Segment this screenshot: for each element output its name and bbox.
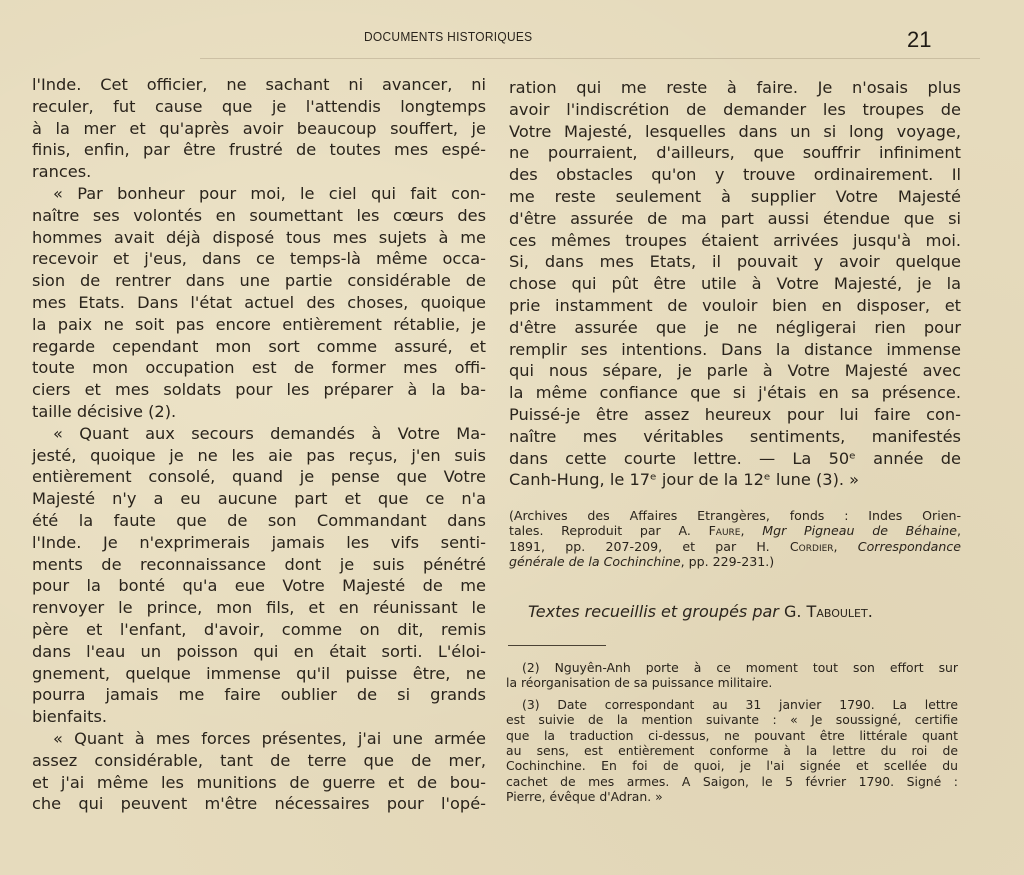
source-text: 1891, pp. 207-209, et par H. [509,539,790,554]
text-line: jesté, quoique je ne les aie pas reçus, … [32,445,486,467]
source-citation: (Archives des Affaires Etrangères, fonds… [509,508,961,570]
right-column: ration qui me reste à faire. Je n'osais … [509,77,961,491]
text-line: taille décisive (2). [32,401,486,423]
footnote-line: Cochinchine. En foi de quoi, je l'ai sig… [506,758,958,773]
footnotes: (2) Nguyên-Anh porte à ce moment tout so… [506,660,958,811]
text-line: d'être assurée que je ne négligerai rien… [509,317,961,339]
footnote: (2) Nguyên-Anh porte à ce moment tout so… [506,660,958,691]
text-line: été la faute que de son Commandant dans [32,510,486,532]
footnote-separator [508,645,606,646]
source-line: tales. Reproduit par A. Faure, Mgr Pigne… [509,523,961,538]
text-line: et j'ai même les munitions de guerre et … [32,772,486,794]
text-line: pourra jamais me faire oublier de si gra… [32,684,486,706]
text-line: naître mes véritables sentiments, manife… [509,426,961,448]
footnote-number: (2) [522,660,555,675]
text-line: me reste seulement à supplier Votre Maje… [509,186,961,208]
text-line: ments de reconnaissance dont je suis pén… [32,554,486,576]
text-line: des obstacles qu'on y trouve ordinaireme… [509,164,961,186]
text-line: toute mon occupation est de former mes o… [32,357,486,379]
footnote-line: que la traduction ci-dessus, ne pouvant … [506,728,958,743]
text-line: finis, enfin, par être frustré de toutes… [32,139,486,161]
source-line: (Archives des Affaires Etrangères, fonds… [509,508,961,523]
text-line: chose qui pût être utile à Votre Majesté… [509,273,961,295]
text-line: dans l'eau un poisson qui en était sorti… [32,641,486,663]
author-name: Cordier [790,539,834,554]
text-line: pour la bonté qu'a eue Votre Majesté de … [32,575,486,597]
editor-credit: Textes recueillis et groupés par G. Tabo… [528,602,968,621]
text-line: l'Inde. Je n'exprimerais jamais les vifs… [32,532,486,554]
footnote-line: (3) Date correspondant au 31 janvier 179… [506,697,958,712]
footnote-line: au sens, est entièrement conforme à la l… [506,743,958,758]
source-line: générale de la Cochinchine, pp. 229-231.… [509,554,961,569]
credit-author: Taboulet [807,602,868,621]
text-line: regarde cependant mon sort comme assuré,… [32,336,486,358]
document-page: DOCUMENTS HISTORIQUES 21 l'Inde. Cet off… [0,0,1024,875]
text-line: père et l'enfant, d'avoir, comme on dit,… [32,619,486,641]
book-title: Mgr Pigneau de Béhaine [762,523,957,538]
credit-suffix: . [868,602,873,621]
credit-prefix: Textes recueillis et groupés par [528,602,779,621]
text-line: « Quant aux secours demandés à Votre Ma- [32,423,486,445]
text-line: « Quant à mes forces présentes, j'ai une… [32,728,486,750]
footnote-line: (2) Nguyên-Anh porte à ce moment tout so… [506,660,958,675]
book-title: générale de la Cochinchine [509,554,681,569]
text-line: recevoir et j'eus, dans ce temps-là même… [32,248,486,270]
text-line: qui nous sépare, je parle à Votre Majest… [509,360,961,382]
footnote-text: Date correspondant au 31 janvier 1790. L… [557,697,958,712]
text-line: d'être assurée de ma part aussi étendue … [509,208,961,230]
text-line: ration qui me reste à faire. Je n'osais … [509,77,961,99]
footnote-line: est suivie de la mention suivante : « Je… [506,712,958,727]
source-line: 1891, pp. 207-209, et par H. Cordier, Co… [509,539,961,554]
text-line: dans cette courte lettre. — La 50ᵉ année… [509,448,961,470]
source-text: tales. Reproduit par A. [509,523,709,538]
page-number: 21 [907,27,931,53]
text-line: bienfaits. [32,706,486,728]
text-line: à la mer et qu'après avoir beaucoup souf… [32,118,486,140]
source-text: , [957,523,961,538]
source-text: , pp. 229-231.) [681,554,775,569]
text-line: Majesté n'y a eu aucune part et que ce n… [32,488,486,510]
text-line: la paix ne soit pas encore entièrement r… [32,314,486,336]
text-line: renvoyer le prince, mon fils, et en réun… [32,597,486,619]
text-line: che qui peuvent m'être nécessaires pour … [32,793,486,815]
footnote-line: la réorganisation de sa puissance milita… [506,675,958,690]
book-title: Correspondance [858,539,961,554]
left-column: l'Inde. Cet officier, ne sachant ni avan… [32,74,486,815]
text-line: ces mêmes troupes étaient arrivées jusqu… [509,230,961,252]
text-line: l'Inde. Cet officier, ne sachant ni avan… [32,74,486,96]
text-line: entièrement consolé, quand je pense que … [32,466,486,488]
text-line: ne pourraient, d'ailleurs, que souffrir … [509,142,961,164]
text-line: sion de rentrer dans une partie considér… [32,270,486,292]
header-rule [200,58,980,59]
footnote-line: Pierre, évêque d'Adran. » [506,789,958,804]
source-text: , [834,539,858,554]
text-line: Si, dans mes Etats, il pouvait y avoir q… [509,251,961,273]
text-line: gnement, quelque immense qu'il puisse êt… [32,663,486,685]
text-line: « Par bonheur pour moi, le ciel qui fait… [32,183,486,205]
footnote: (3) Date correspondant au 31 janvier 179… [506,697,958,805]
text-line: Votre Majesté, lesquelles dans un si lon… [509,121,961,143]
text-line: assez considérable, tant de terre que de… [32,750,486,772]
text-line: Puissé-je être assez heureux pour lui fa… [509,404,961,426]
running-head: DOCUMENTS HISTORIQUES 21 [0,27,1024,51]
text-line: mes Etats. Dans l'état actuel des choses… [32,292,486,314]
text-line: remplir ses intentions. Dans la distance… [509,339,961,361]
text-line: Canh-Hung, le 17ᵉ jour de la 12ᵉ lune (3… [509,469,961,491]
footnote-text: Nguyên-Anh porte à ce moment tout son ef… [555,660,958,675]
text-line: avoir l'indiscrétion de demander les tro… [509,99,961,121]
running-title: DOCUMENTS HISTORIQUES [364,29,532,44]
text-line: naître ses volontés en soumettant les cœ… [32,205,486,227]
text-line: rances. [32,161,486,183]
credit-initial: G. [779,602,807,621]
footnote-line: cachet de mes armes. A Saigon, le 5 févr… [506,774,958,789]
text-line: prie instamment de vouloir bien en dispo… [509,295,961,317]
source-text: , [741,523,763,538]
text-line: reculer, fut cause que je l'attendis lon… [32,96,486,118]
text-line: hommes avait déjà disposé tous mes sujet… [32,227,486,249]
text-line: ciers et mes soldats pour les préparer à… [32,379,486,401]
text-line: la même confiance que si j'étais en sa p… [509,382,961,404]
footnote-number: (3) [522,697,557,712]
author-name: Faure [709,523,741,538]
